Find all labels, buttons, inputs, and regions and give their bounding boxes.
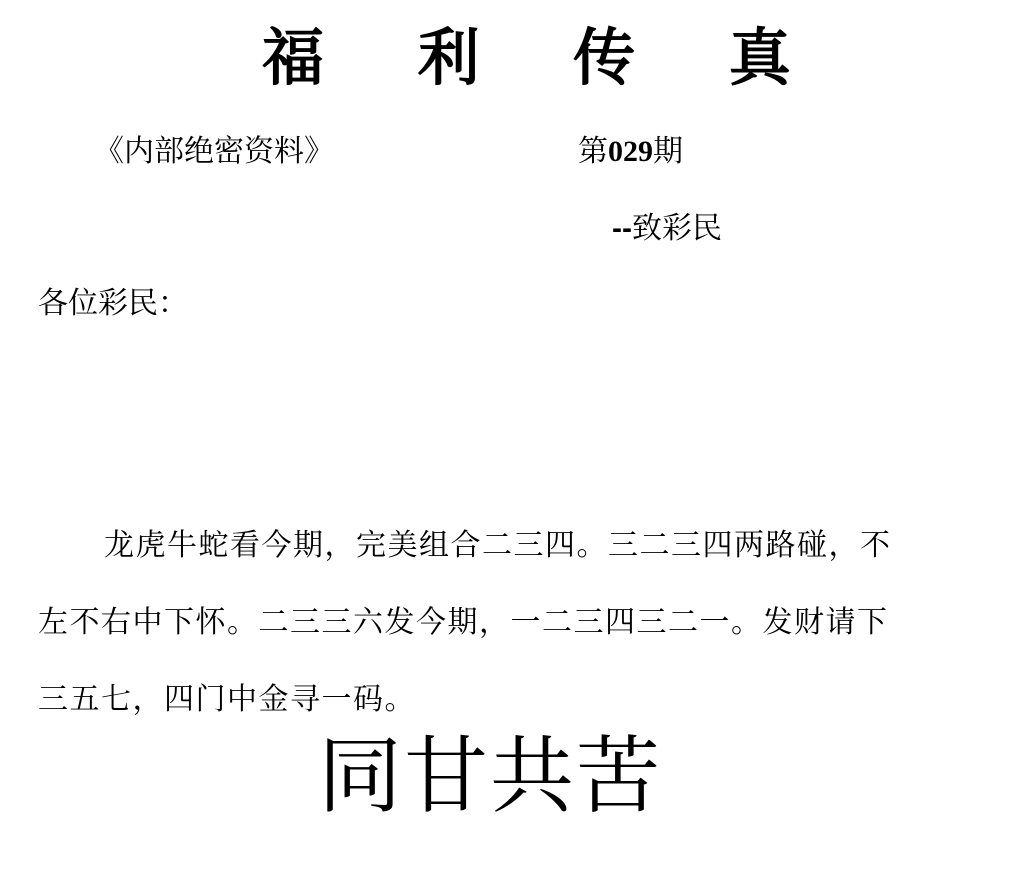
body-line: 龙虎牛蛇看今期，完美组合二三四。三二三四两路碰，不 <box>38 507 958 584</box>
issue-prefix: 第 <box>578 134 608 169</box>
addressee: --致彩民 <box>612 207 722 251</box>
greeting: 各位彩民： <box>38 282 188 326</box>
addressee-dash: -- <box>612 212 632 245</box>
issue-number-value: 029 <box>608 135 653 168</box>
issue-number: 第029期 <box>578 130 683 174</box>
document-subtitle: 《内部绝密资料》 <box>94 130 334 174</box>
body-line: 左不右中下怀。二三三六发今期，一二三四三二一。发财请下 <box>38 584 958 661</box>
slogan: 同甘共苦 <box>318 728 662 824</box>
body-paragraph: 龙虎牛蛇看今期，完美组合二三四。三二三四两路碰，不 左不右中下怀。二三三六发今期… <box>38 507 958 738</box>
issue-suffix: 期 <box>653 134 683 169</box>
document-title: 福 利 传 真 <box>262 18 827 98</box>
addressee-text: 致彩民 <box>632 211 722 246</box>
